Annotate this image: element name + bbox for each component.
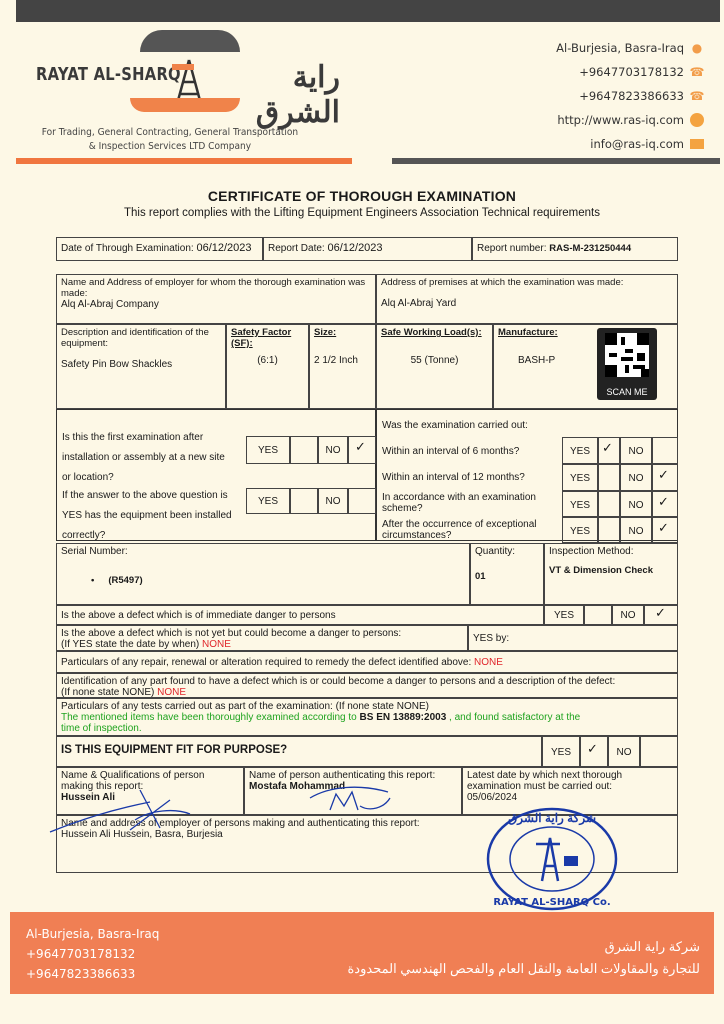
gear-icon [140, 30, 240, 52]
employer-cell: Name and Address of employer for whom th… [56, 274, 376, 324]
exam-date-cell: Date of Through Examination: 06/12/2023 [56, 237, 263, 261]
interval-6-no-check[interactable] [652, 437, 678, 464]
header-contacts: Al-Burjesia, Basra-Iraq ● +9647703178132… [556, 36, 704, 156]
company-tagline: For Trading, General Contracting, Genera… [36, 126, 304, 154]
location-pin-icon: ● [690, 41, 704, 55]
interval-12-yes-box[interactable]: YES [562, 464, 598, 491]
phone-text: +9647823386633 [579, 89, 684, 103]
premises-value: Alq Al-Abraj Yard [381, 298, 673, 309]
company-name-ar: راية الشرق [220, 60, 340, 130]
repair-cell: Particulars of any repair, renewal or al… [56, 651, 678, 673]
future-danger-label: Is the above a defect which is not yet b… [61, 628, 463, 639]
phone-icon: ☎ [690, 65, 704, 79]
signature-hussein [40, 780, 200, 840]
report-date-value: 06/12/2023 [327, 242, 382, 254]
fit-yes-box[interactable]: YES [542, 736, 580, 767]
header-divider [16, 158, 720, 164]
interval-12-no-check[interactable]: ✓ [652, 464, 678, 491]
report-date-label: Report Date: [268, 243, 325, 254]
check-icon: ✓ [587, 743, 598, 754]
stamp-english-text: RAYAT AL-SHARQ Co. [493, 897, 610, 908]
tests-value: The mentioned items have been thoroughly… [61, 712, 357, 723]
future-danger-cell: Is the above a defect which is not yet b… [56, 625, 468, 651]
description-label: Description and identification of the eq… [61, 327, 221, 349]
footer-banner: Al-Burjesia, Basra-Iraq +9647703178132 +… [10, 912, 714, 994]
size-cell: Size: 2 1/2 Inch [309, 324, 376, 409]
company-logo: RAYAT AL-SHARQ راية الشرق [30, 28, 340, 128]
installed-no-check[interactable] [348, 488, 376, 514]
immediate-no-check[interactable]: ✓ [644, 605, 678, 625]
footer-phone-2: +9647823386633 [26, 964, 159, 984]
footer-phone-1: +9647703178132 [26, 944, 159, 964]
exceptional-label: After the occurrence of exceptional circ… [382, 519, 557, 541]
serial-value: (R5497) [108, 575, 142, 586]
carried-out-label: Was the examination carried out: [382, 420, 528, 431]
contact-address: Al-Burjesia, Basra-Iraq ● [556, 36, 704, 60]
first-exam-no-box[interactable]: NO [318, 436, 348, 464]
immediate-danger-label: Is the above a defect which is of immedi… [56, 605, 544, 625]
future-danger-value: NONE [202, 639, 231, 650]
size-label: Size: [314, 327, 371, 338]
phone-icon: ☎ [690, 89, 704, 103]
employer-label: Name and Address of employer for whom th… [61, 277, 371, 299]
fit-no-check[interactable] [640, 736, 678, 767]
scan-me-label: SCAN ME [597, 387, 657, 397]
footer-arabic: شركة راية الشرق للتجارة والمقاولات العام… [348, 936, 701, 980]
company-stamp: شركة راية الشرق RAYAT AL-SHARQ Co. [484, 806, 620, 912]
swl-value: 55 (Tonne) [381, 355, 488, 366]
description-value: Safety Pin Bow Shackles [61, 359, 221, 370]
fit-for-purpose-label: IS THIS EQUIPMENT FIT FOR PURPOSE? [56, 736, 542, 767]
bullet-icon: • [91, 575, 94, 586]
safety-factor-label: Safety Factor (SF): [231, 327, 304, 349]
repair-label: Particulars of any repair, renewal or al… [61, 657, 471, 668]
email-link[interactable]: info@ras-iq.com [590, 137, 684, 151]
check-icon: ✓ [658, 469, 669, 480]
inspection-method-value: VT & Dimension Check [549, 565, 673, 576]
part-defect-hint: (If none state NONE) [61, 687, 154, 698]
website-link[interactable]: http://www.ras-iq.com [557, 113, 684, 127]
next-exam-label: Latest date by which next thorough exami… [467, 770, 673, 792]
premises-cell: Address of premises at which the examina… [376, 274, 678, 324]
exam-scheme-no-box[interactable]: NO [620, 491, 652, 517]
exam-date-value: 06/12/2023 [196, 242, 251, 254]
tests-value-cont: , and found satisfactory at the [449, 712, 580, 723]
interval-12-yes-check[interactable] [598, 464, 620, 491]
serial-cell: Serial Number: •(R5497) [56, 543, 470, 605]
interval-6-yes-check[interactable]: ✓ [598, 437, 620, 464]
check-icon: ✓ [658, 522, 669, 533]
size-value: 2 1/2 Inch [314, 355, 371, 366]
immediate-no-box[interactable]: NO [612, 605, 644, 625]
interval-6-no-box[interactable]: NO [620, 437, 652, 464]
certificate-subtitle: This report complies with the Lifting Eq… [0, 207, 724, 219]
exam-scheme-yes-check[interactable] [598, 491, 620, 517]
yes-by-label: YES by: [468, 625, 678, 651]
footer-arabic-tagline: للتجارة والمقاولات العامة والنقل العام و… [348, 958, 701, 980]
safety-factor-cell: Safety Factor (SF): (6:1) [226, 324, 309, 409]
fit-yes-check[interactable]: ✓ [580, 736, 608, 767]
exam-scheme-yes-box[interactable]: YES [562, 491, 598, 517]
interval-6-yes-box[interactable]: YES [562, 437, 598, 464]
contact-email: info@ras-iq.com [556, 132, 704, 156]
contact-website: http://www.ras-iq.com [556, 108, 704, 132]
certificate-title: CERTIFICATE OF THOROUGH EXAMINATION [0, 188, 724, 204]
tests-label: Particulars of any tests carried out as … [61, 701, 673, 712]
installed-yes-check[interactable] [290, 488, 318, 514]
fit-no-box[interactable]: NO [608, 736, 640, 767]
tests-standard: BS EN 13889:2003 [360, 712, 447, 723]
report-number-label: Report number: [477, 243, 546, 254]
check-icon: ✓ [655, 607, 666, 618]
exam-scheme-label: In accordance with an examination scheme… [382, 492, 557, 514]
premises-label: Address of premises at which the examina… [381, 277, 673, 288]
exceptional-yes-check[interactable] [598, 517, 620, 543]
future-danger-hint: (If YES state the date by when) [61, 639, 199, 650]
phone-text: +9647703178132 [579, 65, 684, 79]
report-date-cell: Report Date: 06/12/2023 [263, 237, 472, 261]
quantity-value: 01 [475, 571, 539, 582]
first-exam-question: Is this the first examination after inst… [62, 428, 232, 488]
exam-date-label: Date of Through Examination: [61, 243, 194, 254]
header-top-strip [16, 0, 720, 22]
check-icon: ✓ [355, 441, 366, 452]
swl-label: Safe Working Load(s): [381, 327, 488, 338]
report-number-cell: Report number: RAS-M-231250444 [472, 237, 678, 261]
serial-label: Serial Number: [61, 546, 465, 557]
company-name-en: RAYAT AL-SHARQ [36, 64, 181, 85]
tagline-line-2: & Inspection Services LTD Company [36, 140, 304, 154]
signature-mostafa [300, 776, 400, 816]
tests-value-end: time of inspection. [61, 723, 673, 734]
inspection-method-cell: Inspection Method: VT & Dimension Check [544, 543, 678, 605]
quantity-label: Quantity: [475, 546, 539, 557]
exceptional-no-box[interactable]: NO [620, 517, 652, 543]
installed-yes-box[interactable]: YES [246, 488, 290, 514]
installed-no-box[interactable]: NO [318, 488, 348, 514]
report-number-value: RAS-M-231250444 [549, 243, 631, 254]
next-exam-value: 05/06/2024 [467, 792, 673, 803]
tagline-line-1: For Trading, General Contracting, Genera… [36, 126, 304, 140]
footer-arabic-name: شركة راية الشرق [348, 936, 701, 958]
exam-scheme-no-check[interactable]: ✓ [652, 491, 678, 517]
interval-12-label: Within an interval of 12 months? [382, 472, 525, 483]
interval-12-no-box[interactable]: NO [620, 464, 652, 491]
part-defect-label: Identification of any part found to have… [61, 676, 673, 687]
footer-contacts: Al-Burjesia, Basra-Iraq +9647703178132 +… [26, 924, 159, 984]
part-defect-value: NONE [157, 687, 186, 698]
serial-value-line: •(R5497) [91, 575, 465, 586]
first-exam-yes-check[interactable] [290, 436, 318, 464]
check-icon: ✓ [658, 496, 669, 507]
exceptional-no-check[interactable]: ✓ [652, 517, 678, 543]
repair-value: NONE [474, 657, 503, 668]
qr-code[interactable]: SCAN ME [597, 328, 657, 400]
qr-pattern-icon [605, 333, 649, 377]
check-icon: ✓ [602, 442, 613, 453]
inspection-method-label: Inspection Method: [549, 546, 673, 557]
globe-icon [690, 113, 704, 127]
tests-cell: Particulars of any tests carried out as … [56, 698, 678, 736]
footer-address: Al-Burjesia, Basra-Iraq [26, 924, 159, 944]
first-exam-no-check[interactable]: ✓ [348, 436, 376, 464]
mail-icon [690, 139, 704, 149]
first-exam-yes-box[interactable]: YES [246, 436, 290, 464]
installed-correctly-question: If the answer to the above question is Y… [62, 486, 242, 546]
address-text: Al-Burjesia, Basra-Iraq [556, 41, 684, 55]
swl-cell: Safe Working Load(s): 55 (Tonne) [376, 324, 493, 409]
stamp-arabic-text: شركة راية الشرق [508, 811, 596, 826]
part-defect-cell: Identification of any part found to have… [56, 673, 678, 698]
immediate-yes-check[interactable] [584, 605, 612, 625]
interval-6-label: Within an interval of 6 months? [382, 446, 519, 457]
exceptional-yes-box[interactable]: YES [562, 517, 598, 543]
contact-phone-1: +9647703178132 ☎ [556, 60, 704, 84]
immediate-yes-box[interactable]: YES [544, 605, 584, 625]
quantity-cell: Quantity: 01 [470, 543, 544, 605]
employer-value: Alq Al-Abraj Company [61, 299, 371, 310]
contact-phone-2: +9647823386633 ☎ [556, 84, 704, 108]
safety-factor-value: (6:1) [231, 355, 304, 366]
description-cell: Description and identification of the eq… [56, 324, 226, 409]
